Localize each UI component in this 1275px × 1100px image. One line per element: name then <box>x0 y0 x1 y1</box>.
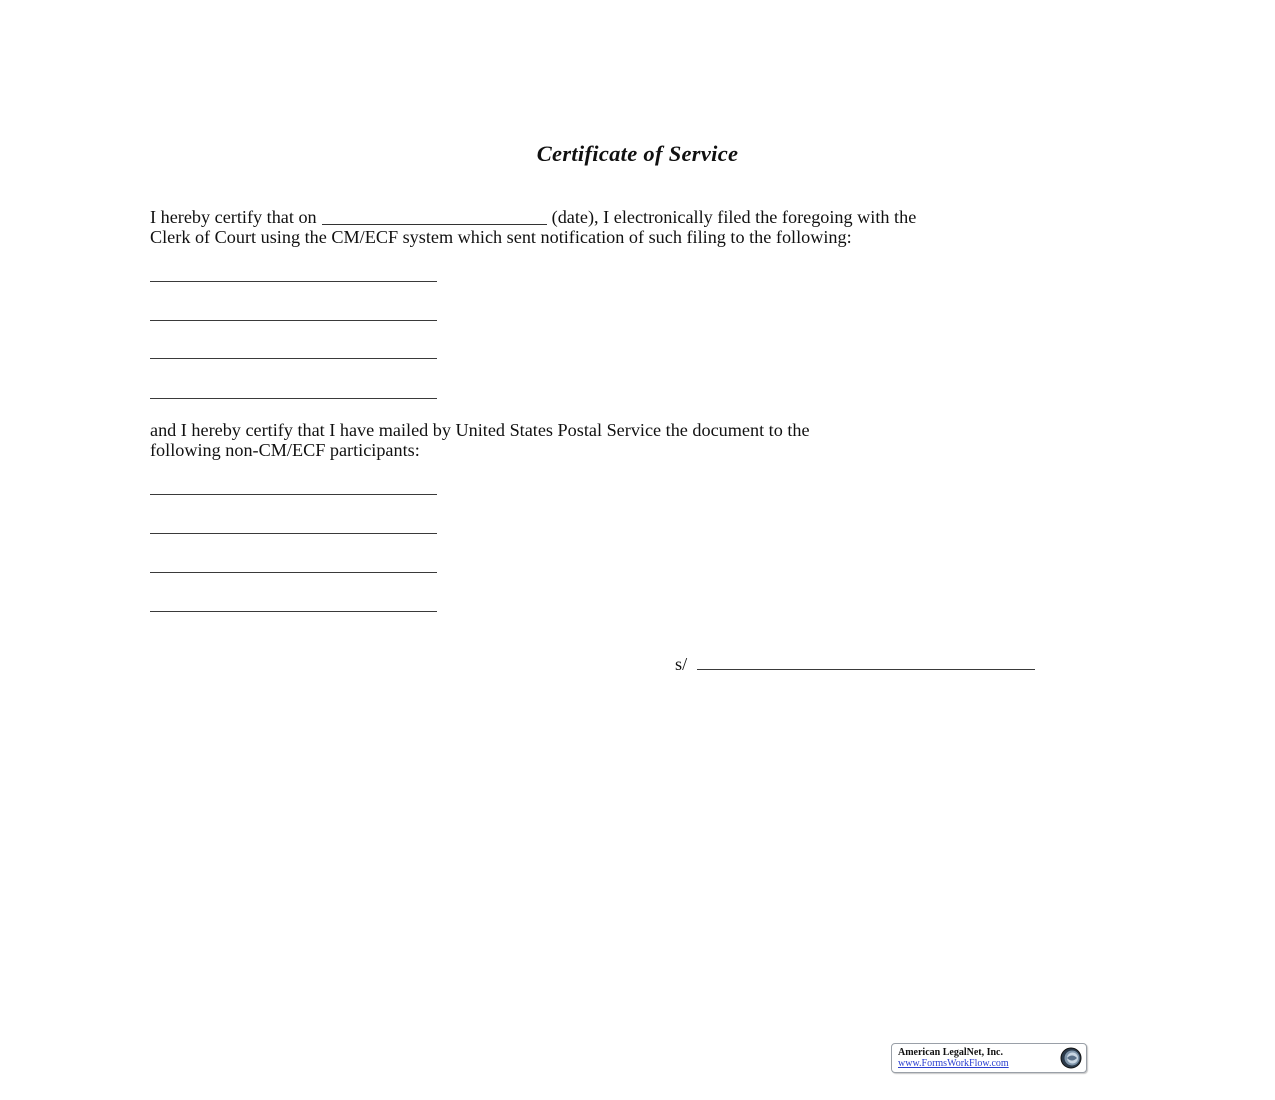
mail-recipient-field-3[interactable] <box>150 572 437 573</box>
ecf-recipient-field-4[interactable] <box>150 398 437 399</box>
signature-field[interactable] <box>697 669 1035 670</box>
ecf-recipient-field-2[interactable] <box>150 320 437 321</box>
ecf-certification-paragraph: I hereby certify that on(date), I electr… <box>150 207 916 247</box>
ecf-line-prefix: I hereby certify that on <box>150 207 317 227</box>
mail-recipient-field-2[interactable] <box>150 533 437 534</box>
date-field[interactable] <box>322 209 547 225</box>
globe-icon <box>1060 1047 1082 1069</box>
signature-label: s/ <box>675 654 687 675</box>
footer-badge: American LegalNet, Inc. www.FormsWorkFlo… <box>891 1043 1087 1073</box>
mail-recipient-field-1[interactable] <box>150 494 437 495</box>
ecf-paragraph-line-2: Clerk of Court using the CM/ECF system w… <box>150 228 916 248</box>
footer-url-link[interactable]: www.FormsWorkFlow.com <box>898 1058 1009 1069</box>
ecf-paragraph-line-1: I hereby certify that on(date), I electr… <box>150 207 916 228</box>
document-title: Certificate of Service <box>0 141 1275 167</box>
footer-company-name: American LegalNet, Inc. <box>898 1047 1003 1058</box>
mail-recipient-field-4[interactable] <box>150 611 437 612</box>
mail-certification-paragraph: and I hereby certify that I have mailed … <box>150 421 810 460</box>
ecf-line-suffix: (date), I electronically filed the foreg… <box>552 207 917 227</box>
mail-paragraph-line-2: following non-CM/ECF participants: <box>150 441 810 461</box>
ecf-recipient-field-1[interactable] <box>150 281 437 282</box>
ecf-recipient-field-3[interactable] <box>150 358 437 359</box>
mail-paragraph-line-1: and I hereby certify that I have mailed … <box>150 421 810 441</box>
